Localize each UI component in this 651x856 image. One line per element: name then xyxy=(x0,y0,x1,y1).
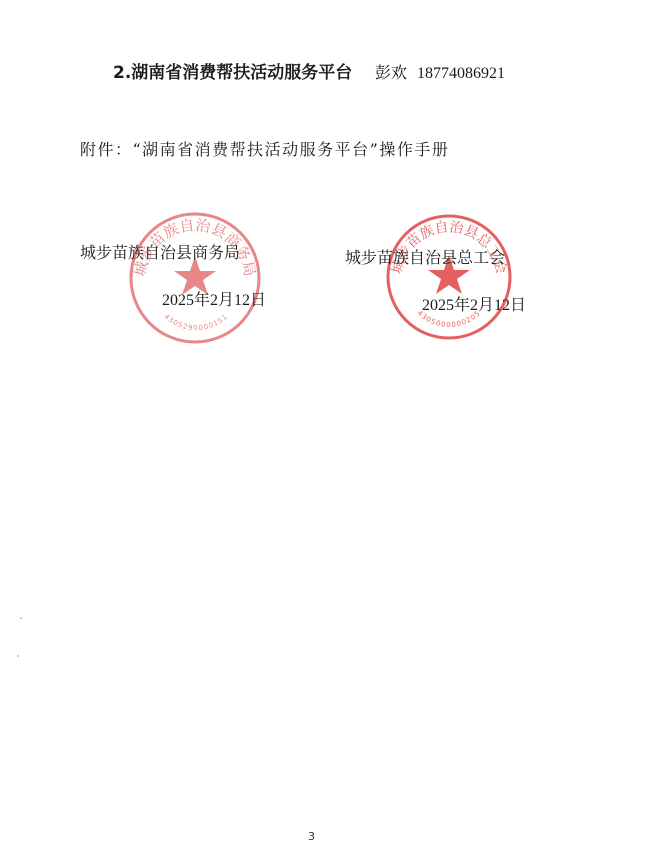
commerce-bureau-seal: 城步苗族自治县商务局 4305290000151 xyxy=(127,210,263,346)
attachment-line: 附件：“湖南省消费帮扶活动服务平台”操作手册 xyxy=(80,137,449,160)
contact-name: 彭欢 xyxy=(375,63,407,82)
item-title: 2.湖南省消费帮扶活动服务平台 xyxy=(113,58,352,83)
contact-phone: 18774086921 xyxy=(417,65,505,82)
signature-org-trade-union: 城步苗族自治县总工会 xyxy=(345,245,505,268)
seal-icon: 城步苗族自治县商务局 4305290000151 xyxy=(127,210,263,346)
seal-icon: 城步苗族自治县总工会 4305000000205 xyxy=(385,213,513,341)
signature-date-trade-union: 2025年2月12日 xyxy=(422,292,526,315)
svg-text:4305290000151: 4305290000151 xyxy=(162,313,229,333)
page-number: 3 xyxy=(0,830,623,843)
signature-date-commerce-bureau: 2025年2月12日 xyxy=(162,287,266,310)
seal-code: 4305290000151 xyxy=(162,313,229,333)
signature-org-commerce-bureau: 城步苗族自治县商务局 xyxy=(80,240,240,263)
contact-info: 彭欢18774086921 xyxy=(375,60,505,83)
scan-speck xyxy=(20,617,22,619)
trade-union-seal: 城步苗族自治县总工会 4305000000205 xyxy=(385,213,513,341)
item-platform-name: 湖南省消费帮扶活动服务平台 xyxy=(131,63,352,83)
scan-speck xyxy=(17,655,19,657)
item-number: 2. xyxy=(113,63,131,83)
